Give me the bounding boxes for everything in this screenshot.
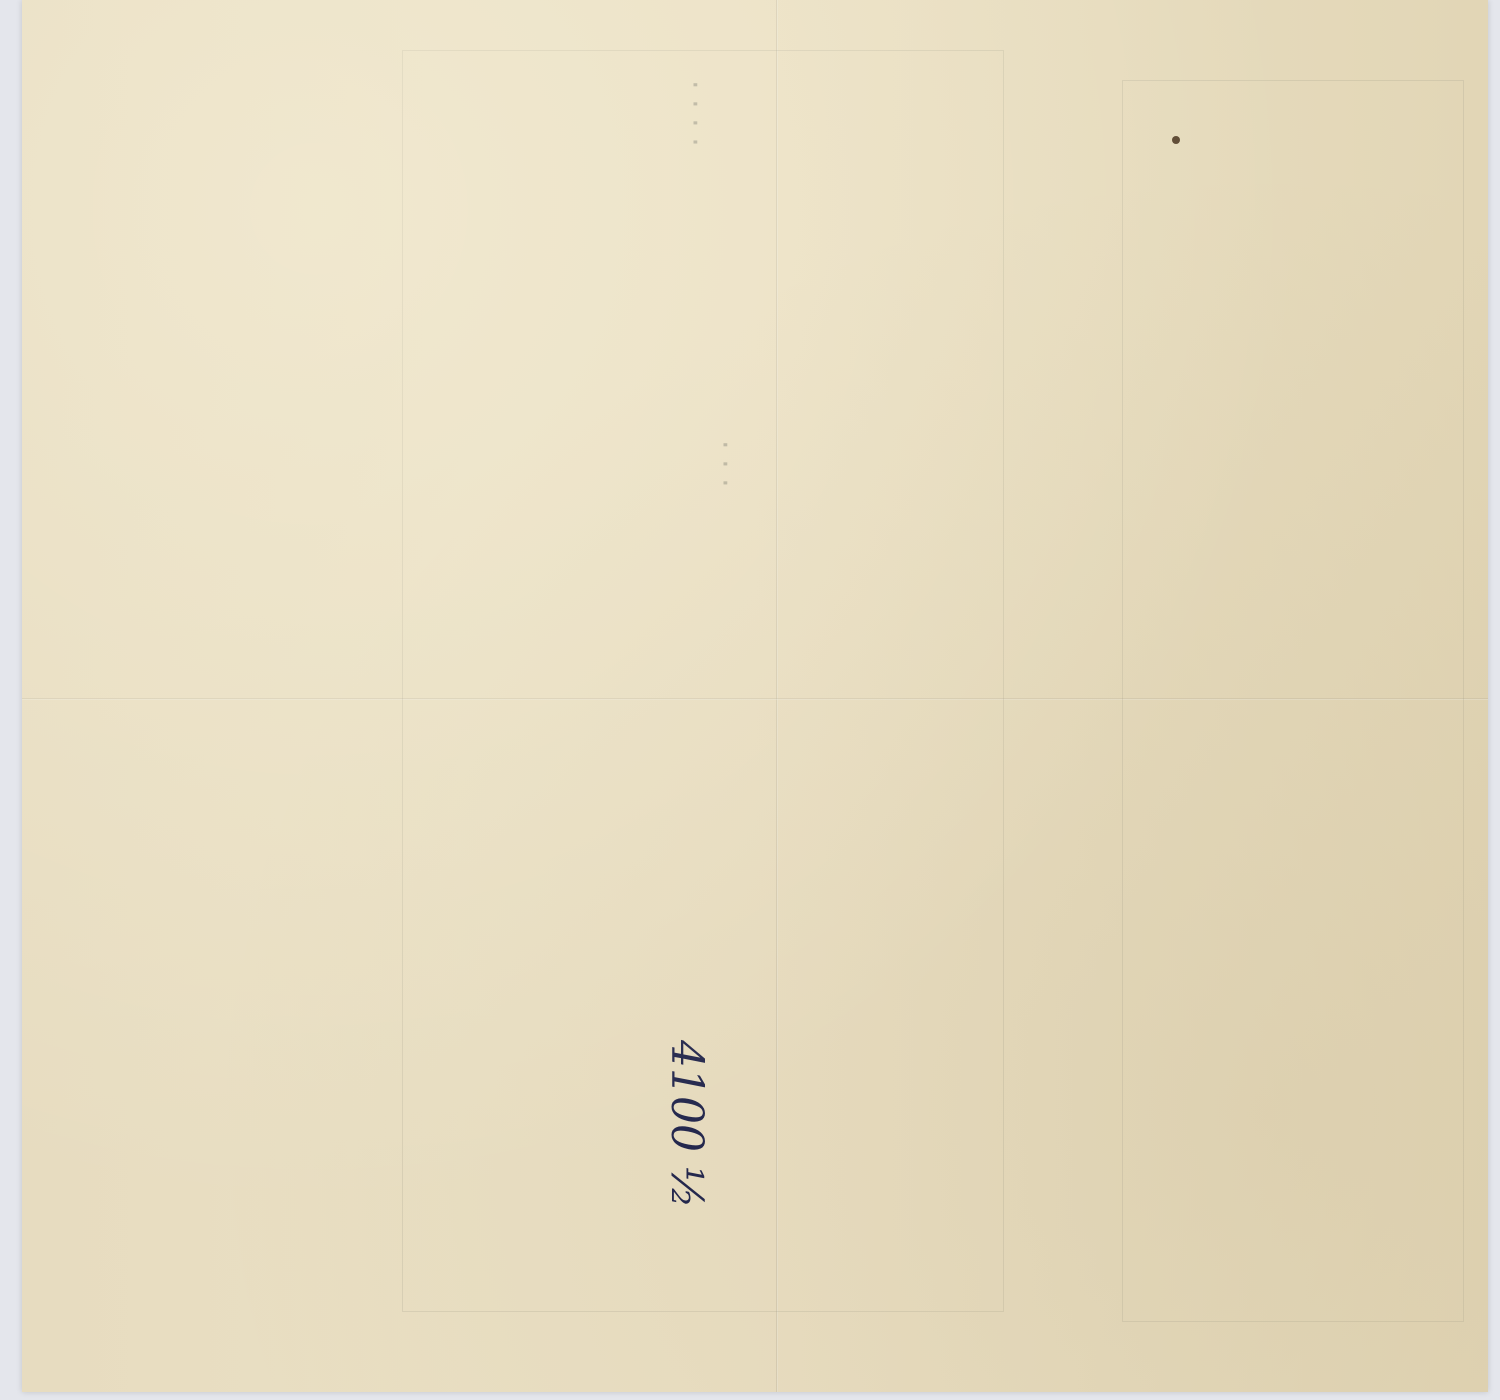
pencil-notes: · · · xyxy=(707,440,742,488)
horizontal-fold-crease xyxy=(22,698,1488,700)
paper-stain-spot xyxy=(1172,136,1180,144)
paper-sheet: · · · · · · · 4100 ½ xyxy=(22,0,1488,1392)
pencil-figures: · · · · xyxy=(677,80,712,147)
bleed-through-letterhead xyxy=(1122,80,1464,1322)
ink-annotation: 4100 ½ xyxy=(661,1040,712,1209)
bleed-through-frame xyxy=(402,50,1004,1312)
vertical-fold-crease xyxy=(776,0,778,1392)
